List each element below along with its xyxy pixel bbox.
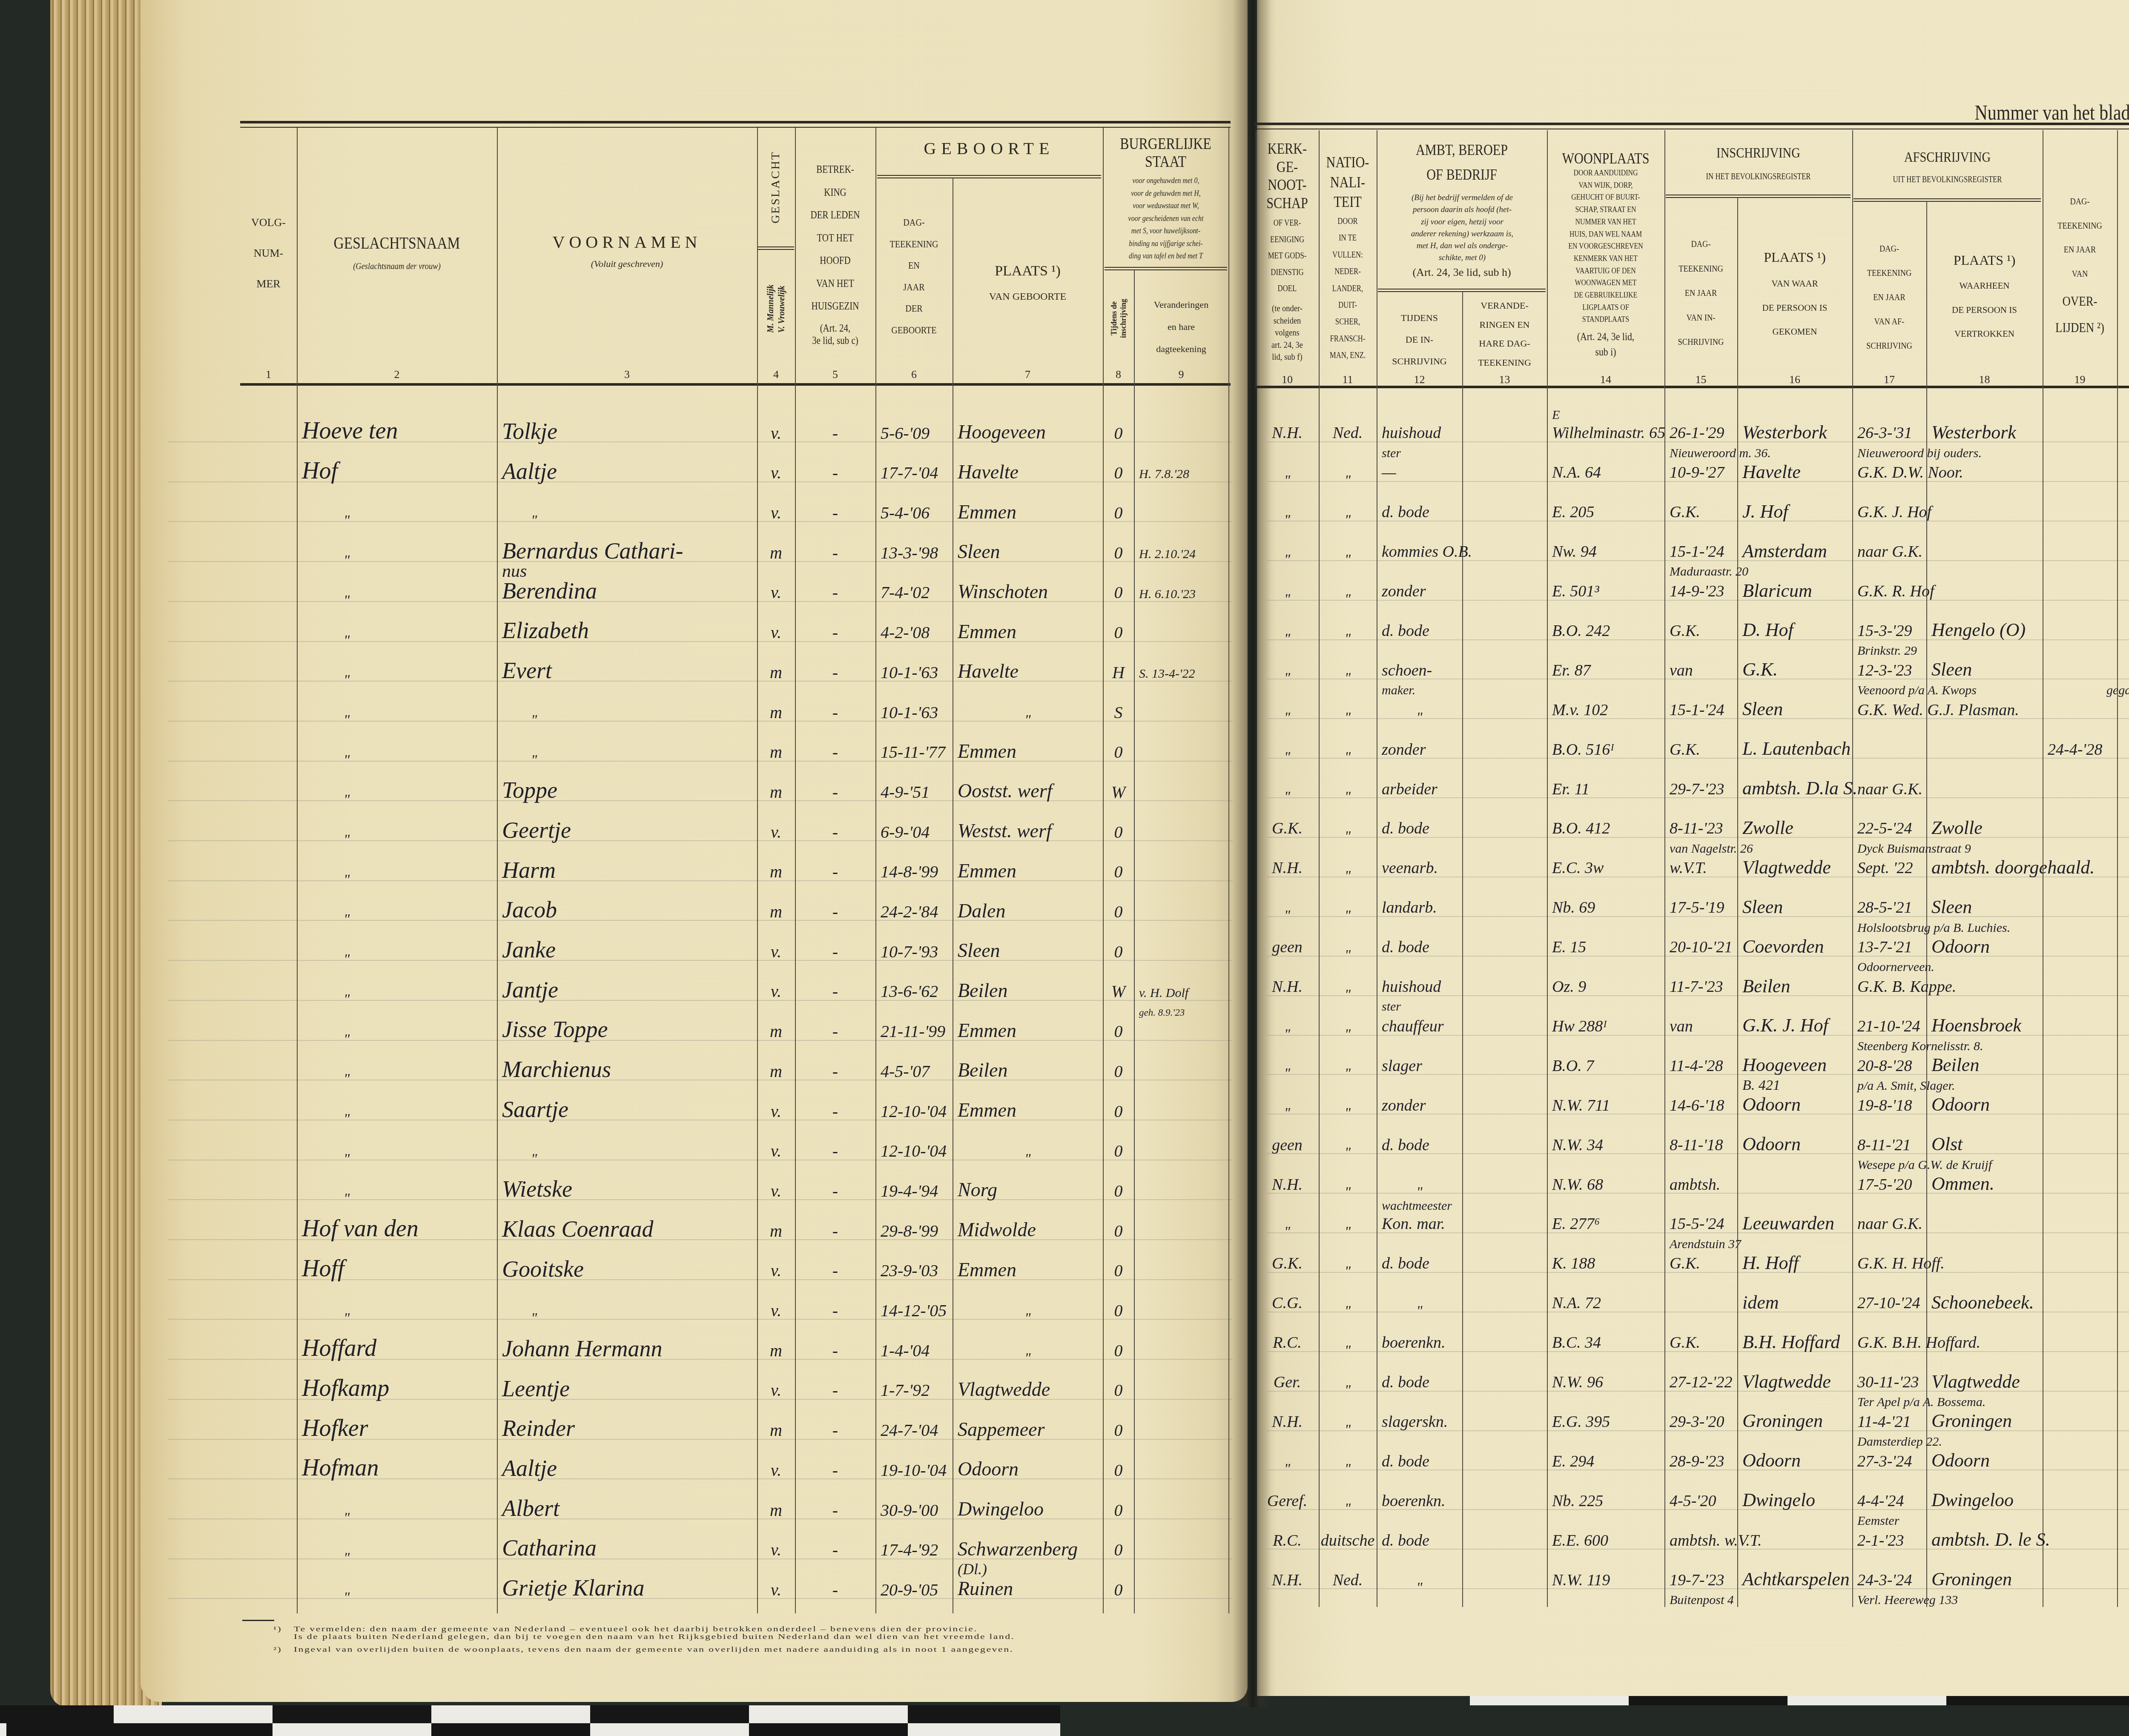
- cell-surname: ": [344, 672, 369, 688]
- cell-deregistration-date-below: Odoornerveen.: [1857, 960, 1926, 975]
- cell-deregistration-date: 12-3-'23: [1857, 662, 1926, 680]
- sheet-number-label: Nummer van het blad: [1960, 100, 2129, 124]
- cell-surname: Hoeve ten: [302, 417, 497, 444]
- column-number: 12: [1377, 373, 1462, 387]
- cell-nationality: ": [1319, 1105, 1377, 1121]
- cell-occupation: ": [1377, 1303, 1462, 1319]
- header-col6-birth-date: DAG- TEEKENING EN JAAR DER GEBOORTE: [881, 212, 946, 341]
- cell-birth-place: Hoogeveen: [958, 421, 1103, 444]
- cell-nationality: ": [1319, 551, 1377, 568]
- cell-birth-place: Midwolde: [958, 1219, 1103, 1241]
- cell-deregistration-date: Sept. '22: [1857, 859, 1926, 878]
- cell-sex: v.: [757, 982, 795, 1001]
- cell-deregistration-date: 2-1-'23: [1857, 1532, 1926, 1550]
- cell-relation-to-head: -: [795, 1141, 875, 1161]
- cell-birth-date: 20-9-'05: [881, 1580, 953, 1600]
- cell-occupation: boerenkn.: [1382, 1334, 1462, 1352]
- header-deregistration-sub: UIT HET BEVOLKINGSREGISTER: [1868, 175, 2027, 185]
- cell-deregistration-date: 19-8-'18: [1857, 1097, 1926, 1115]
- cell-nationality: ": [1319, 1184, 1377, 1200]
- cell-surname: ": [344, 1071, 369, 1087]
- cell-deregistration-date: 28-5-'21: [1857, 899, 1926, 917]
- cell-surname: Hoff: [302, 1255, 497, 1282]
- cell-relation-to-head: -: [795, 1501, 875, 1520]
- cell-nationality: ": [1319, 670, 1377, 686]
- cell-denomination: N.H.: [1256, 424, 1319, 443]
- cell-deregistration-date: 24-3-'24: [1857, 1571, 1926, 1590]
- cell-sex: m: [757, 703, 795, 722]
- column-number: 3: [497, 368, 757, 381]
- cell-arrived-from: Achtkarspelen: [1742, 1569, 1852, 1590]
- cell-birth-date: 19-4-'94: [881, 1181, 953, 1201]
- cell-denomination: geen: [1256, 1136, 1319, 1155]
- cell-relation-to-head: -: [795, 1580, 875, 1600]
- column-rule: [1852, 130, 1853, 1607]
- cell-birth-place: ": [953, 712, 1103, 728]
- cell-departed-to: Groningen: [1931, 1410, 2043, 1432]
- cell-birth-place: Dwingeloo: [958, 1498, 1103, 1521]
- cell-birth-date: 14-8-'99: [881, 862, 953, 882]
- cell-nationality: ": [1319, 591, 1377, 607]
- cell-registration-date: G.K.: [1670, 741, 1737, 759]
- column-rule: [1737, 198, 1738, 1607]
- cell-address: N.W. 96: [1552, 1373, 1664, 1392]
- cell-civil-status: 0: [1103, 862, 1134, 882]
- cell-birth-place: Emmen: [958, 1020, 1103, 1042]
- footnote-1: Te vermelden: den naam der gemeente van …: [294, 1625, 1015, 1641]
- cell-surname: ": [344, 632, 369, 649]
- cell-given-names: Saartje: [502, 1096, 757, 1123]
- cell-surname: ": [344, 951, 369, 968]
- column-rule: [1256, 130, 1257, 386]
- cell-nationality: ": [1319, 788, 1377, 805]
- cell-given-names: Catharina: [502, 1535, 757, 1561]
- cell-given-names: Grietje Klarina: [502, 1575, 757, 1601]
- cell-given-names: Reinder: [502, 1415, 757, 1441]
- column-number: 14: [1547, 373, 1664, 387]
- cell-denomination: geen: [1256, 938, 1319, 957]
- column-rule: [297, 128, 298, 1613]
- cell-arrived-from: Coevorden: [1742, 936, 1852, 958]
- cell-birth-date: 5-6-'09: [881, 424, 953, 443]
- cell-birth-place: Emmen: [958, 1259, 1103, 1281]
- cell-occupation: d. bode: [1382, 819, 1462, 838]
- column-number: 1: [240, 368, 297, 381]
- cell-death-date: 24-4-'28: [2048, 741, 2117, 759]
- cell-given-names: Leentje: [502, 1375, 757, 1402]
- cell-civil-status: 0: [1103, 623, 1134, 642]
- cell-nationality: ": [1319, 1026, 1377, 1043]
- cell-registration-date: G.K.: [1670, 503, 1737, 522]
- cell-birth-place: Dalen: [958, 900, 1103, 922]
- cell-birth-date: 17-7-'04: [881, 463, 953, 483]
- cell-registration-date: 10-9-'27: [1670, 464, 1737, 482]
- cell-denomination: G.K.: [1256, 819, 1319, 838]
- cell-sex: v.: [757, 1461, 795, 1480]
- header-col8-at-registration: Tijdens de inschrijving: [1103, 272, 1134, 364]
- cell-relation-to-head: -: [795, 1301, 875, 1321]
- cell-birth-date: 7-4-'02: [881, 583, 953, 602]
- cell-civil-status: 0: [1103, 1022, 1134, 1041]
- header-col20-remarks: AAN- MERKINGEN: [2125, 225, 2129, 278]
- header-col17-deregistration-date: DAG- TEEKENING EN JAAR VAN AF- SCHRIJVIN…: [1858, 236, 1920, 358]
- cell-birth-place: Emmen: [958, 621, 1103, 643]
- header-col7-note: VAN GEBOORTE: [953, 290, 1103, 303]
- column-number: 6: [875, 368, 953, 381]
- cell-nationality: ": [1319, 1500, 1377, 1517]
- cell-denomination: ": [1256, 512, 1319, 528]
- footnote-2: Ingeval van overlijden buiten de woonpla…: [294, 1646, 1013, 1653]
- cell-birth-place: Havelte: [958, 461, 1103, 484]
- cell-sex: v.: [757, 1381, 795, 1400]
- column-rule: [1547, 130, 1548, 1607]
- cell-given-names: Johann Hermann: [502, 1335, 757, 1362]
- cell-given-names: Janke: [502, 937, 757, 963]
- column-rule: [1228, 128, 1229, 1613]
- cell-birth-date: 24-2-'84: [881, 902, 953, 922]
- cell-sex: v.: [757, 1141, 795, 1161]
- cell-address: Nw. 94: [1552, 543, 1664, 561]
- cell-surname: ": [344, 911, 369, 928]
- cell-birth-place: ": [953, 1151, 1103, 1167]
- cell-departed-to: Odoorn: [1931, 936, 2043, 958]
- cell-nationality: ": [1319, 1223, 1377, 1240]
- column-number: 11: [1319, 373, 1377, 387]
- cell-sex: v.: [757, 1261, 795, 1281]
- cell-occupation: huishoud: [1382, 978, 1462, 997]
- column-number: 19: [2043, 373, 2117, 387]
- cell-birth-place: Sappemeer: [958, 1418, 1103, 1441]
- cell-deregistration-date: 20-8-'28: [1857, 1057, 1926, 1076]
- header-col14-sub: DOOR AANDUIDING VAN WIJK, DORP, GEHUCHT …: [1556, 167, 1655, 326]
- cell-sex: v.: [757, 424, 795, 443]
- cell-birth-place: Odoorn: [958, 1458, 1103, 1481]
- cell-surname: ": [344, 791, 369, 808]
- cell-registration-date: 14-6-'18: [1670, 1097, 1737, 1115]
- cell-relation-to-head: -: [795, 663, 875, 682]
- cell-birth-date: 19-10-'04: [881, 1461, 953, 1480]
- header-registration-sub: IN HET BEVOLKINGSREGISTER: [1679, 172, 1837, 182]
- cell-denomination: ": [1256, 551, 1319, 568]
- cell-birth-date: 1-4-'04: [881, 1341, 953, 1361]
- header-col8-text: Tijdens de inschrijving: [1109, 298, 1128, 338]
- cell-deregistration-date: 8-11-'21: [1857, 1136, 1926, 1155]
- header-civil-status-legend: voor ongehuwden met 0, voor de gehuwden …: [1114, 175, 1217, 263]
- cell-surname: ": [344, 552, 369, 569]
- cell-deregistration-date: naar G.K.: [1857, 1215, 1926, 1234]
- column-rule: [953, 178, 953, 1613]
- cell-denomination: ": [1256, 1461, 1319, 1477]
- cell-registration-date: ambtsh.: [1670, 1176, 1737, 1195]
- cell-civil-status-change: H. 7.8.'28: [1139, 467, 1228, 482]
- cell-surname: ": [344, 1589, 369, 1606]
- cell-registration-date: 29-3-'20: [1670, 1413, 1737, 1432]
- cell-sex: m: [757, 1062, 795, 1081]
- cell-registration-date: van: [1670, 662, 1737, 680]
- header-col18-departed-to: PLAATS ¹): [1926, 252, 2043, 268]
- cell-arrived-from: Amsterdam: [1742, 541, 1852, 562]
- cell-departed-to: ambtsh. D. le S.: [1931, 1529, 2043, 1551]
- cell-given-names: Jisse Toppe: [502, 1016, 757, 1043]
- header-col4-legend: M. Mannelijk V. Vrouwelijk: [757, 251, 795, 366]
- footnote-2-marker: ²): [273, 1646, 282, 1653]
- cell-civil-status: 0: [1103, 1062, 1134, 1081]
- cell-birth-date: 5-4-'06: [881, 503, 953, 523]
- cell-surname: Hofker: [302, 1415, 497, 1442]
- cell-relation-to-head: -: [795, 822, 875, 842]
- cell-address: Nb. 69: [1552, 899, 1664, 917]
- cell-occupation: ": [1377, 1579, 1462, 1596]
- cell-address: M.v. 102: [1552, 701, 1664, 720]
- cell-nationality: ": [1319, 907, 1377, 924]
- column-number: 16: [1737, 373, 1852, 387]
- cell-registration-date: ambtsh. w.V.T.: [1670, 1532, 1737, 1550]
- cell-sex: m: [757, 663, 795, 682]
- cell-registration-date: 28-9-'23: [1670, 1452, 1737, 1471]
- cell-denomination: ": [1256, 788, 1319, 805]
- cell-registration-date: 14-9-'23: [1670, 582, 1737, 601]
- cell-arrived-from: Sleen: [1742, 699, 1852, 720]
- cell-address: Er. 87: [1552, 662, 1664, 680]
- cell-nationality: ": [1319, 1263, 1377, 1280]
- cell-arrived-from: ambtsh. D.la S.: [1742, 778, 1852, 799]
- cell-nationality: duitsche: [1319, 1532, 1377, 1550]
- cell-birth-date: 4-9-'51: [881, 782, 953, 802]
- cell-civil-status: 0: [1103, 543, 1134, 563]
- cell-address: B.O. 516ᴵ: [1552, 741, 1664, 759]
- cell-registration-date-below: Maduraastr. 20: [1670, 564, 1737, 579]
- cell-occupation-below: maker.: [1382, 683, 1462, 698]
- cell-relation-to-head: -: [795, 543, 875, 563]
- cell-deregistration-date: 4-4-'24: [1857, 1492, 1926, 1511]
- cell-civil-status: 0: [1103, 463, 1134, 483]
- cell-address: E.E. 600: [1552, 1532, 1664, 1550]
- printed-rule: [240, 383, 1231, 386]
- cell-surname: Hof van den: [302, 1215, 497, 1242]
- cell-deregistration-date: G.K. R. Hof: [1857, 582, 1926, 601]
- cell-relation-to-head: -: [795, 1421, 875, 1440]
- cell-denomination: ": [1256, 472, 1319, 489]
- column-number: 20: [2117, 373, 2129, 387]
- cell-birth-place: Ruinen: [958, 1578, 1103, 1600]
- cell-birth-place: Westst. werf: [958, 820, 1103, 842]
- cell-civil-status-change: S. 13-4-'22: [1139, 667, 1228, 682]
- cell-occupation: d. bode: [1382, 1136, 1462, 1155]
- cell-arrived-from: G.K.: [1742, 659, 1852, 681]
- cell-sex: m: [757, 1421, 795, 1440]
- cell-surname: ": [344, 1190, 369, 1207]
- cell-birth-date: 6-9-'04: [881, 822, 953, 842]
- header-col12-at-registration: TIJDENS DE IN- SCHRIJVING: [1377, 307, 1462, 372]
- cell-nationality: ": [1319, 1144, 1377, 1161]
- cell-relation-to-head: -: [795, 1381, 875, 1400]
- cell-arrived-from: idem: [1742, 1292, 1852, 1314]
- header-occupation-note: (Bij het bedrijf vermelden of de persoon…: [1379, 192, 1546, 264]
- header-occupation-article: (Art. 24, 3e lid, sub h): [1377, 267, 1547, 278]
- cell-occupation: d. bode: [1382, 1452, 1462, 1471]
- cell-address-above: E: [1552, 408, 1664, 423]
- cell-surname: ": [344, 1510, 369, 1526]
- cell-arrived-from: J. Hof: [1742, 501, 1852, 523]
- cell-surname: ": [344, 1111, 369, 1127]
- cell-departed-to: Ommen.: [1931, 1173, 2043, 1195]
- cell-denomination: R.C.: [1256, 1532, 1319, 1550]
- cell-denomination: ": [1256, 1223, 1319, 1240]
- cell-deregistration-date: 27-3-'24: [1857, 1452, 1926, 1471]
- cell-departed-to: Vlagtwedde: [1931, 1371, 2043, 1393]
- cell-surname: ": [344, 512, 369, 529]
- cell-relation-to-head: -: [795, 942, 875, 962]
- cell-civil-status: W: [1103, 782, 1134, 802]
- cell-birth-place: Sleen: [958, 541, 1103, 563]
- cell-deregistration-date: 13-7-'21: [1857, 938, 1926, 957]
- cell-civil-status: 0: [1103, 1461, 1134, 1480]
- cell-registration-date: 29-7-'23: [1670, 780, 1737, 799]
- cell-address: E. 501³: [1552, 582, 1664, 601]
- cell-deregistration-date: G.K. H. Hoff.: [1857, 1255, 1926, 1273]
- cell-denomination: R.C.: [1256, 1334, 1319, 1352]
- cell-address: B.O. 242: [1552, 622, 1664, 641]
- header-col5-relation: BETREK- KING DER LEDEN TOT HET HOOFD VAN…: [801, 158, 869, 318]
- cell-occupation: —: [1382, 464, 1462, 482]
- cell-registration-date: G.K.: [1670, 1255, 1737, 1273]
- cell-birth-place: Vlagtwedde: [958, 1378, 1103, 1401]
- cell-deregistration-date: 21-10-'24: [1857, 1017, 1926, 1036]
- cell-given-names: Geertje: [502, 817, 757, 843]
- cell-civil-status: 0: [1103, 942, 1134, 962]
- cell-relation-to-head: -: [795, 1022, 875, 1041]
- cell-nationality: ": [1319, 512, 1377, 528]
- header-col20-note: (Art. 24, 5e lid): [2117, 285, 2129, 296]
- cell-address: K. 188: [1552, 1255, 1664, 1273]
- cell-birth-date: 14-12-'05: [881, 1301, 953, 1321]
- cell-arrived-from: Vlagtwedde: [1742, 857, 1852, 879]
- cell-birth-date: 12-10-'04: [881, 1141, 953, 1161]
- cell-relation-to-head: -: [795, 1461, 875, 1480]
- cell-civil-status: 0: [1103, 1421, 1134, 1440]
- cell-birth-place-below: (Dl.): [958, 1561, 1103, 1578]
- cell-departed-to: Zwolle: [1931, 817, 2043, 839]
- header-group-civil-status: BURGERLIJKE STAAT: [1113, 135, 1219, 171]
- column-number: 7: [953, 368, 1103, 381]
- cell-relation-to-head: -: [795, 1102, 875, 1121]
- cell-arrived-from: Zwolle: [1742, 817, 1852, 839]
- cell-relation-to-head: -: [795, 463, 875, 483]
- header-col10-denomination: KERK- GE- NOOT- SCHAP: [1261, 140, 1314, 212]
- cell-arrived-from: Hoogeveen: [1742, 1054, 1852, 1076]
- cell-address: E. 15: [1552, 938, 1664, 957]
- cell-address: N.W. 68: [1552, 1176, 1664, 1195]
- cell-relation-to-head: -: [795, 1181, 875, 1201]
- printed-rule: [1254, 129, 2129, 129]
- cell-deregistration-date-below: Eemster: [1857, 1514, 1926, 1529]
- cell-registration-date: 26-1-'29: [1670, 424, 1737, 443]
- cell-civil-status: 0: [1103, 1381, 1134, 1400]
- cell-registration-date-below: van Nagelstr. 26: [1670, 842, 1737, 857]
- printed-rule: [758, 249, 794, 250]
- cell-nationality: Ned.: [1319, 424, 1377, 443]
- cell-relation-to-head: -: [795, 1062, 875, 1081]
- cell-deregistration-date: 17-5-'20: [1857, 1176, 1926, 1195]
- footnote-1-marker: ¹): [273, 1625, 282, 1633]
- cell-arrived-from: D. Hof: [1742, 619, 1852, 641]
- cell-registration-date: G.K.: [1670, 1334, 1737, 1352]
- cell-surname: ": [344, 592, 369, 609]
- cell-surname: Hofkamp: [302, 1375, 497, 1402]
- cell-given-names: Wietske: [502, 1176, 757, 1202]
- header-col18-sub: WAARHEEN DE PERSOON IS VERTROKKEN: [1926, 274, 2043, 346]
- cell-sex: v.: [757, 623, 795, 642]
- cell-address: B.O. 7: [1552, 1057, 1664, 1076]
- cell-deregistration-date: naar G.K.: [1857, 780, 1926, 799]
- cell-occupation: landarb.: [1382, 899, 1462, 917]
- cell-civil-status: 0: [1103, 1221, 1134, 1241]
- cell-civil-status: 0: [1103, 1261, 1134, 1281]
- cell-surname: Hof: [302, 457, 497, 484]
- cell-birth-date: 4-5-'07: [881, 1062, 953, 1081]
- cell-birth-date: 15-11-'77: [881, 742, 953, 762]
- cell-civil-status: H: [1103, 663, 1134, 682]
- cell-surname: ": [344, 752, 369, 768]
- header-col3-given-names: VOORNAMEN: [497, 232, 757, 253]
- cell-nationality: ": [1319, 630, 1377, 647]
- cell-surname: ": [344, 1310, 369, 1326]
- cell-departed-to: Hengelo (O): [1931, 619, 2043, 641]
- calibration-checker-bottom-left: [0, 1723, 1060, 1736]
- column-number: 2: [297, 368, 497, 381]
- cell-relation-to-head: -: [795, 742, 875, 762]
- cell-address: N.W. 711: [1552, 1097, 1664, 1115]
- cell-given-names: Jacob: [502, 897, 757, 923]
- cell-occupation: d. bode: [1382, 1373, 1462, 1392]
- cell-deregistration-date-below: Damsterdiep 22.: [1857, 1435, 1926, 1450]
- cell-civil-status: 0: [1103, 1501, 1134, 1520]
- cell-birth-place: Beilen: [958, 980, 1103, 1002]
- printed-rule: [1105, 269, 1227, 270]
- cell-civil-status: W: [1103, 982, 1134, 1001]
- printed-rule: [1254, 123, 2129, 125]
- cell-nationality: ": [1319, 472, 1377, 489]
- left-page: [141, 0, 1248, 1702]
- cell-surname: ": [344, 991, 369, 1008]
- cell-relation-to-head: -: [795, 902, 875, 922]
- cell-civil-status: 0: [1103, 1540, 1134, 1560]
- cell-civil-status: 0: [1103, 583, 1134, 602]
- cell-deregistration-date: G.K. B.H. Hoffard.: [1857, 1334, 1926, 1352]
- cell-address: Oz. 9: [1552, 978, 1664, 997]
- cell-departed-to: Sleen: [1931, 897, 2043, 918]
- header-col19-sub: DAG- TEEKENING EN JAAR VAN: [2049, 189, 2111, 286]
- cell-relation-to-head: -: [795, 503, 875, 523]
- cell-departed-to: Schoonebeek.: [1931, 1292, 2043, 1314]
- column-rule: [1462, 292, 1463, 1607]
- header-col2-note: (Geslachtsnaam der vrouw): [313, 260, 481, 272]
- cell-deregistration-date-below: Nieuweroord bij ouders.: [1857, 446, 1926, 461]
- cell-birth-place: Norg: [958, 1179, 1103, 1201]
- cell-birth-date: 30-9-'00: [881, 1501, 953, 1520]
- cell-departed-to: Beilen: [1931, 1054, 2043, 1076]
- cell-occupation: slager: [1382, 1057, 1462, 1076]
- cell-occupation: chauffeur: [1382, 1017, 1462, 1036]
- cell-occupation: d. bode: [1382, 1255, 1462, 1273]
- cell-relation-to-head: -: [795, 1540, 875, 1560]
- cell-civil-status: 0: [1103, 742, 1134, 762]
- cell-given-names: ": [531, 1151, 557, 1167]
- cell-departed-to: Groningen: [1931, 1569, 2043, 1590]
- cell-birth-place: Winschoten: [958, 581, 1103, 603]
- cell-relation-to-head: -: [795, 703, 875, 722]
- cell-occupation: slagerskn.: [1382, 1413, 1462, 1432]
